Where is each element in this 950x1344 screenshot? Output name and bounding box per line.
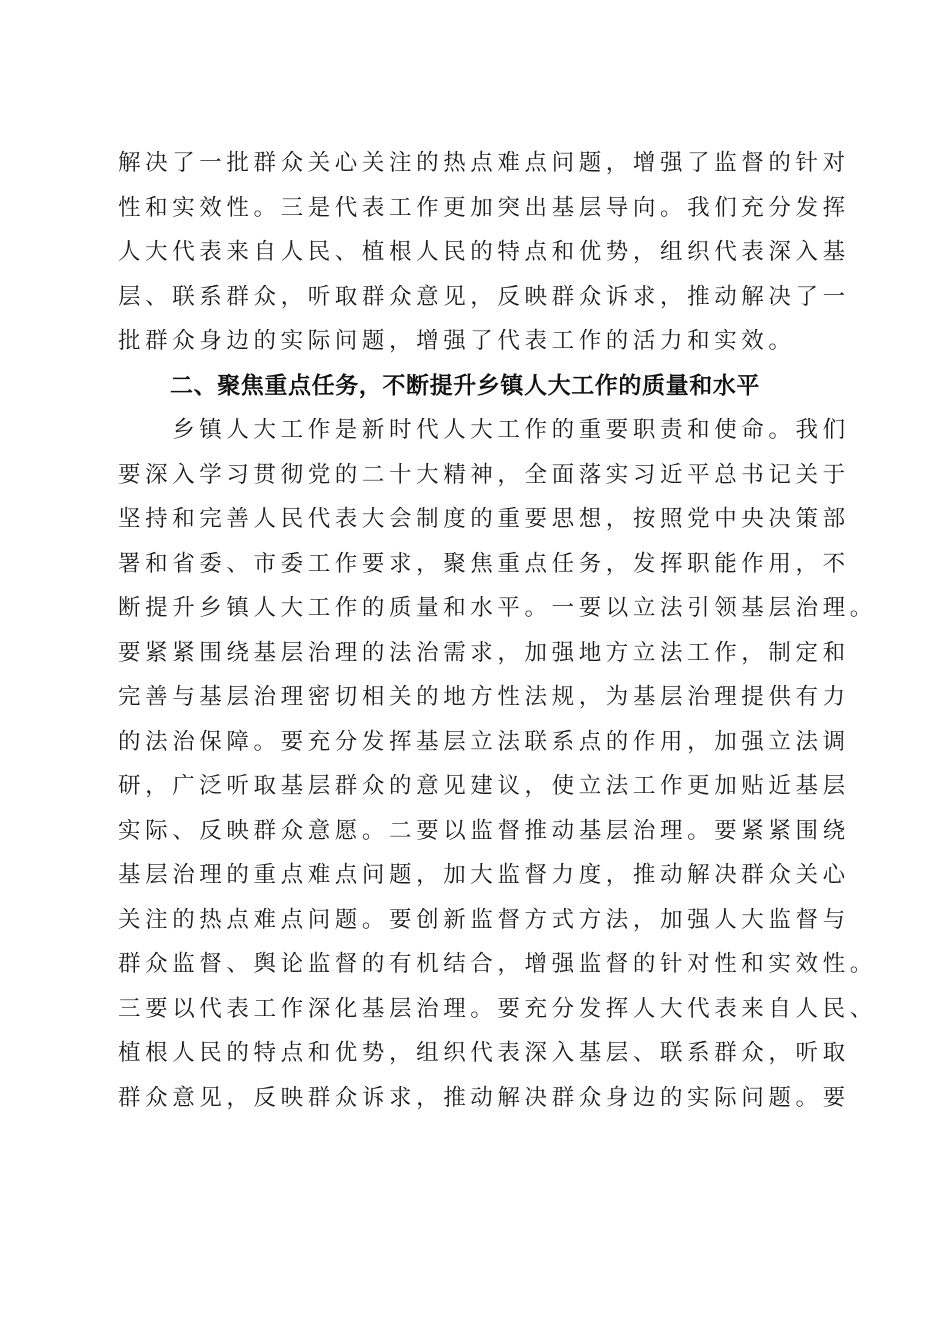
text-line: 三要以代表工作深化基层治理。要充分发挥人大代表来自人民、 xyxy=(118,987,824,1032)
paragraph-continued: 解决了一批群众关心关注的热点难点问题，增强了监督的针对 性和实效性。三是代表工作… xyxy=(118,141,824,364)
text-line: 乡镇人大工作是新时代人大工作的重要职责和使命。我们 xyxy=(118,408,824,453)
section-heading: 二、聚焦重点任务，不断提升乡镇人大工作的质量和水平 xyxy=(118,364,824,409)
text-line: 完善与基层治理密切相关的地方性法规，为基层治理提供有力 xyxy=(118,675,824,720)
paragraph-body: 乡镇人大工作是新时代人大工作的重要职责和使命。我们 要深入学习贯彻党的二十大精神… xyxy=(118,408,824,1120)
text-line: 研，广泛听取基层群众的意见建议，使立法工作更加贴近基层 xyxy=(118,764,824,809)
text-line: 断提升乡镇人大工作的质量和水平。一要以立法引领基层治理。 xyxy=(118,586,824,631)
text-line: 批群众身边的实际问题，增强了代表工作的活力和实效。 xyxy=(118,319,824,364)
text-line: 人大代表来自人民、植根人民的特点和优势，组织代表深入基 xyxy=(118,230,824,275)
text-line: 植根人民的特点和优势，组织代表深入基层、联系群众，听取 xyxy=(118,1031,824,1076)
text-line: 的法治保障。要充分发挥基层立法联系点的作用，加强立法调 xyxy=(118,720,824,765)
document-page: 解决了一批群众关心关注的热点难点问题，增强了监督的针对 性和实效性。三是代表工作… xyxy=(118,141,824,1120)
text-line: 实际、反映群众意愿。二要以监督推动基层治理。要紧紧围绕 xyxy=(118,809,824,854)
text-line: 要深入学习贯彻党的二十大精神，全面落实习近平总书记关于 xyxy=(118,453,824,498)
text-line: 群众监督、舆论监督的有机结合，增强监督的针对性和实效性。 xyxy=(118,942,824,987)
text-line: 层、联系群众，听取群众意见，反映群众诉求，推动解决了一 xyxy=(118,275,824,320)
text-line: 署和省委、市委工作要求，聚焦重点任务，发挥职能作用，不 xyxy=(118,542,824,587)
text-line: 基层治理的重点难点问题，加大监督力度，推动解决群众关心 xyxy=(118,853,824,898)
text-line: 解决了一批群众关心关注的热点难点问题，增强了监督的针对 xyxy=(118,141,824,186)
text-line: 要紧紧围绕基层治理的法治需求，加强地方立法工作，制定和 xyxy=(118,631,824,676)
text-line: 群众意见，反映群众诉求，推动解决群众身边的实际问题。要 xyxy=(118,1076,824,1121)
text-line: 关注的热点难点问题。要创新监督方式方法，加强人大监督与 xyxy=(118,898,824,943)
text-line: 坚持和完善人民代表大会制度的重要思想，按照党中央决策部 xyxy=(118,497,824,542)
text-line: 性和实效性。三是代表工作更加突出基层导向。我们充分发挥 xyxy=(118,186,824,231)
